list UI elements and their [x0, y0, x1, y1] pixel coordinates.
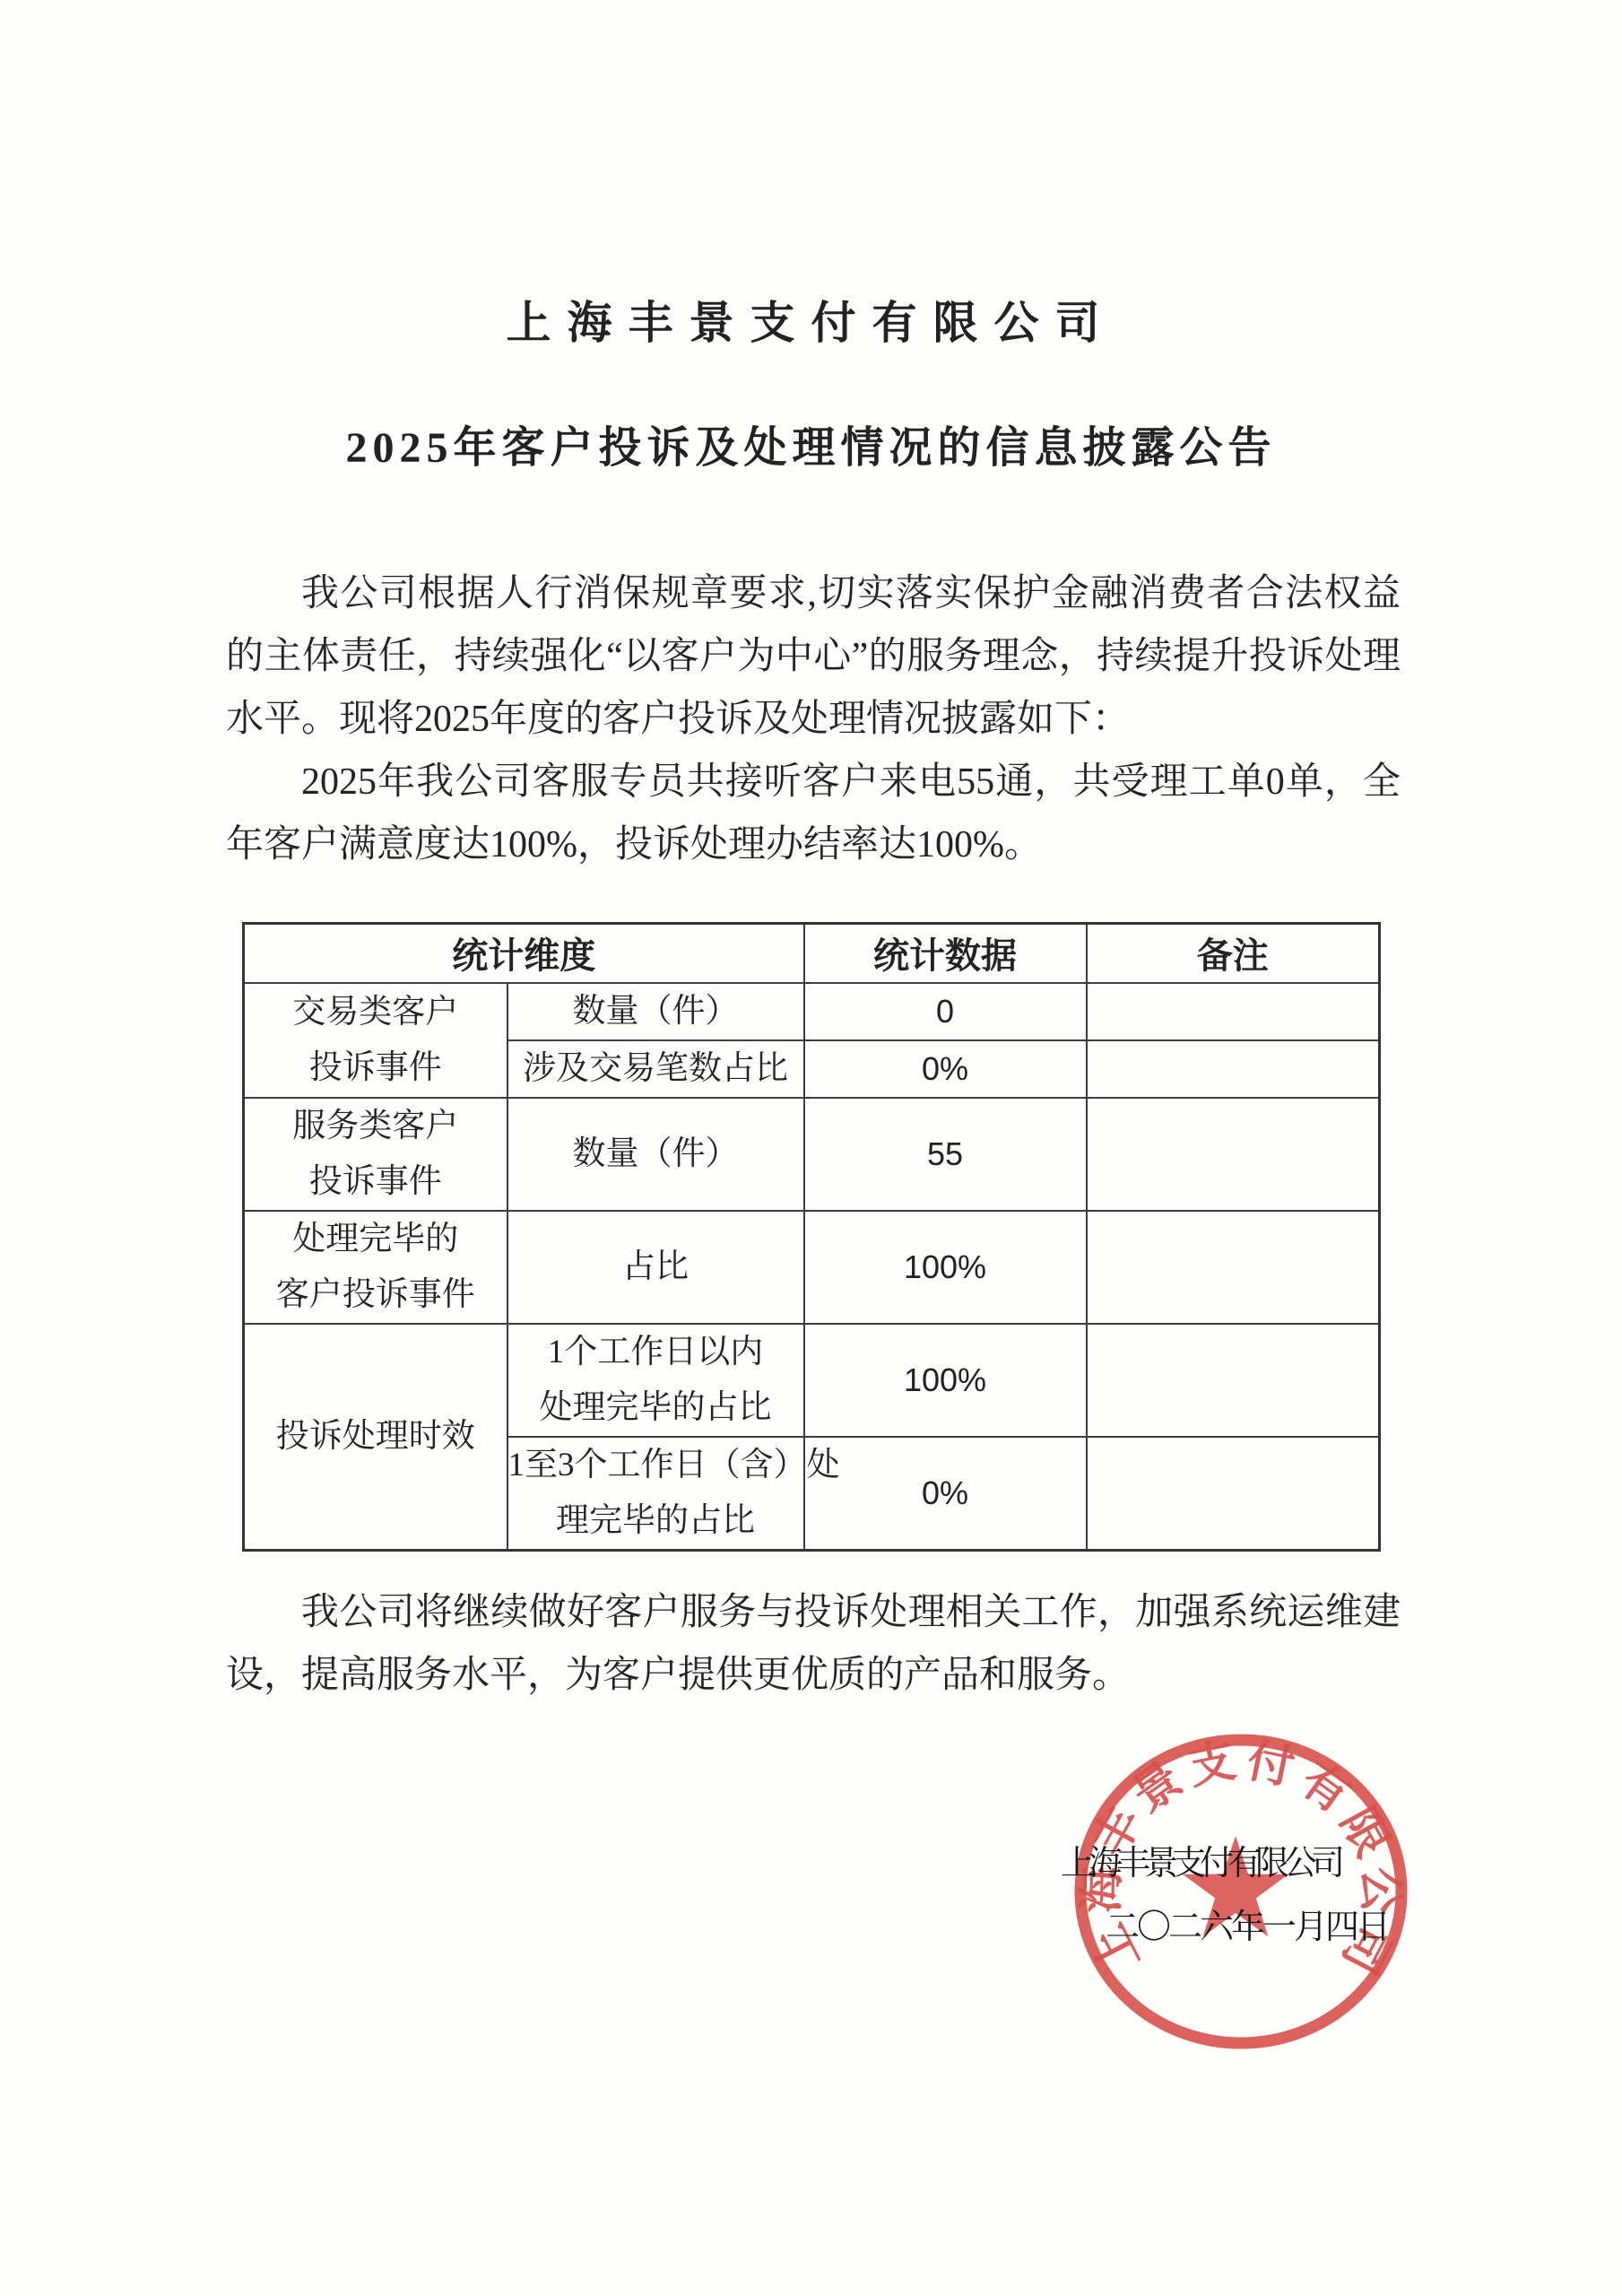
company-seal: 上海丰景支付有限公司 — [1053, 1709, 1429, 2068]
metric-within-1-day: 1个工作日以内 处理完毕的占比 — [507, 1324, 804, 1437]
page-title: 上海丰景支付有限公司 — [0, 287, 1622, 352]
table-row: 服务类客户 投诉事件 数量（件） 55 — [244, 1098, 1380, 1211]
metric-txn-ratio: 涉及交易笔数占比 — [507, 1040, 804, 1098]
table-row: 处理完毕的 客户投诉事件 占比 100% — [244, 1211, 1380, 1324]
header-dimension: 统计维度 — [244, 924, 804, 983]
table-row: 投诉处理时效 1个工作日以内 处理完毕的占比 100% — [244, 1324, 1380, 1437]
table-row: 交易类客户 投诉事件 数量（件） 0 — [244, 983, 1380, 1040]
value-count: 0 — [804, 983, 1087, 1040]
table-header-row: 统计维度 统计数据 备注 — [244, 924, 1380, 983]
header-statistic: 统计数据 — [804, 924, 1087, 983]
group-resolved-complaints: 处理完毕的 客户投诉事件 — [244, 1211, 507, 1324]
signature-company: 上海丰景支付有限公司 — [1061, 1835, 1339, 1884]
note-cell — [1087, 1098, 1380, 1211]
value-resolved-ratio: 100% — [804, 1211, 1087, 1324]
metric-resolved-ratio: 占比 — [507, 1211, 804, 1324]
closing-section: 我公司将继续做好客户服务与投诉处理相关工作，加强系统运维建设，提高服务水平，为客… — [226, 1581, 1401, 1707]
metric-1-to-3-days: 1至3个工作日（含）处 理完毕的占比 — [507, 1437, 804, 1551]
note-cell — [1087, 983, 1380, 1040]
note-cell — [1087, 1040, 1380, 1098]
value-txn-ratio: 0% — [804, 1040, 1087, 1098]
group-processing-time: 投诉处理时效 — [244, 1324, 507, 1551]
group-transaction-complaints: 交易类客户 投诉事件 — [244, 983, 507, 1098]
stats-paragraph: 2025年我公司客服专员共接听客户来电55通，共受理工单0单，全年客户满意度达1… — [226, 751, 1401, 876]
note-cell — [1087, 1324, 1380, 1437]
document-page: 上海丰景支付有限公司 2025年客户投诉及处理情况的信息披露公告 我公司根据人行… — [0, 0, 1622, 2296]
metric-count-service: 数量（件） — [507, 1098, 804, 1211]
signature-date: 二〇二六年一月四日 — [1106, 1899, 1388, 1948]
group-service-complaints: 服务类客户 投诉事件 — [244, 1098, 507, 1211]
header-note: 备注 — [1087, 924, 1380, 983]
note-cell — [1087, 1211, 1380, 1324]
closing-paragraph: 我公司将继续做好客户服务与投诉处理相关工作，加强系统运维建设，提高服务水平，为客… — [226, 1581, 1401, 1707]
page-subtitle: 2025年客户投诉及处理情况的信息披露公告 — [0, 413, 1622, 474]
stats-table: 统计维度 统计数据 备注 交易类客户 投诉事件 数量（件） 0 涉及交易笔数占比… — [242, 922, 1381, 1552]
value-count-service: 55 — [804, 1098, 1087, 1211]
value-within-1-day: 100% — [804, 1324, 1087, 1437]
intro-section: 我公司根据人行消保规章要求,切实落实保护金融消费者合法权益的主体责任，持续强化“… — [226, 562, 1401, 876]
value-1-to-3-days: 0% — [804, 1437, 1087, 1551]
metric-count: 数量（件） — [507, 983, 804, 1040]
intro-paragraph: 我公司根据人行消保规章要求,切实落实保护金融消费者合法权益的主体责任，持续强化“… — [226, 562, 1401, 751]
note-cell — [1087, 1437, 1380, 1551]
